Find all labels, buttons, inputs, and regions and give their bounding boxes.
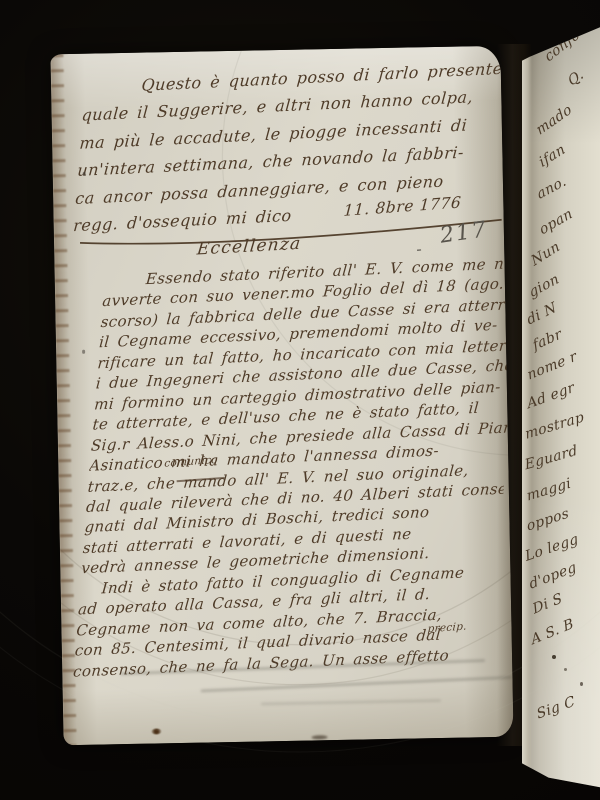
handwriting-fragment: ano. xyxy=(535,173,569,203)
handwriting-fragment: Sig C xyxy=(535,693,577,722)
handwriting-fragment: confo xyxy=(542,27,583,66)
handwriting-fragment: fabr xyxy=(531,326,564,354)
handwriting-fragment: A S. B xyxy=(529,616,575,648)
handwriting-fragment: mostrap xyxy=(524,409,586,443)
ink-speck xyxy=(552,655,556,659)
handwriting-fragment: nome r xyxy=(526,348,579,383)
handwriting-fragment: gion xyxy=(527,271,562,301)
handwriting-fragment: Nun xyxy=(529,238,563,269)
manuscript-photo: Questo è quanto posso di farlo presente,… xyxy=(0,0,600,800)
handwriting-fragment: Di S xyxy=(531,590,564,617)
letter-body: Essendo stato riferito all' E. V. come m… xyxy=(72,253,513,682)
handwriting-fragment: mado xyxy=(534,101,575,138)
handwriting-fragment: Ad egr xyxy=(526,380,577,413)
handwriting-fragment: oppos xyxy=(525,505,570,534)
handwriting-fragment: ifan xyxy=(537,141,568,171)
next-page-edge: confo Q. mado ifan ano. opan Nun gion di… xyxy=(522,0,600,800)
ink-speck xyxy=(564,668,567,671)
manuscript-page: Questo è quanto posso di farlo presente,… xyxy=(50,46,513,746)
handwriting-fragment: maggi xyxy=(525,475,572,504)
handwriting-fragment: Q. xyxy=(566,66,587,89)
ink-speck xyxy=(580,682,583,686)
handwriting-fragment: d'opeg xyxy=(528,559,579,592)
pencil-dot xyxy=(82,350,85,354)
handwriting-fragment: opan xyxy=(537,206,575,239)
pencil-dot xyxy=(83,172,86,176)
